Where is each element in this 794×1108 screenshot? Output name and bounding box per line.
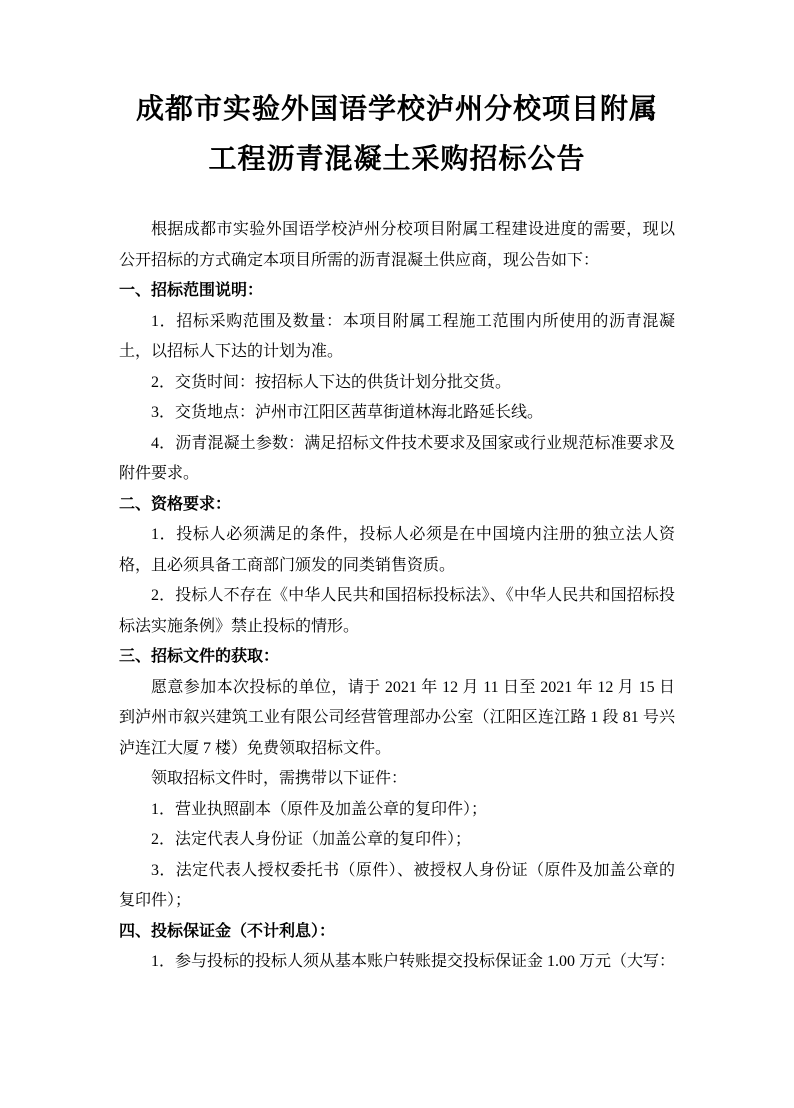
paragraph: 根据成都市实验外国语学校泸州分校项目附属工程建设进度的需要，现以公开招标的方式确… — [119, 215, 675, 276]
document-title-line2: 工程沥青混凝土采购招标公告 — [208, 144, 585, 175]
document-body: 根据成都市实验外国语学校泸州分校项目附属工程建设进度的需要，现以公开招标的方式确… — [119, 215, 675, 978]
paragraph: 4．沥青混凝土参数：满足招标文件技术要求及国家或行业规范标准要求及附件要求。 — [119, 429, 675, 490]
paragraph: 3．法定代表人授权委托书（原件）、被授权人身份证（原件及加盖公章的复印件）； — [119, 856, 675, 917]
paragraph: 2．法定代表人身份证（加盖公章的复印件）； — [119, 825, 675, 856]
paragraph: 1．投标人必须满足的条件，投标人必须是在中国境内注册的独立法人资格，且必须具备工… — [119, 520, 675, 581]
section-heading: 二、资格要求： — [119, 490, 675, 521]
document-title-line1: 成都市实验外国语学校泸州分校项目附属 — [136, 94, 658, 125]
paragraph: 2．交货时间：按招标人下达的供货计划分批交货。 — [119, 368, 675, 399]
document-title: 成都市实验外国语学校泸州分校项目附属 工程沥青混凝土采购招标公告 — [119, 85, 675, 185]
section-heading: 四、投标保证金（不计利息）： — [119, 917, 675, 948]
paragraph: 1．招标采购范围及数量：本项目附属工程施工范围内所使用的沥青混凝土，以招标人下达… — [119, 307, 675, 368]
paragraph: 领取招标文件时，需携带以下证件： — [119, 764, 675, 795]
paragraph: 1．参与投标的投标人须从基本账户转账提交投标保证金 1.00 万元（大写： — [119, 947, 675, 978]
section-heading: 一、招标范围说明： — [119, 276, 675, 307]
section-heading: 三、招标文件的获取： — [119, 642, 675, 673]
document-page: 成都市实验外国语学校泸州分校项目附属 工程沥青混凝土采购招标公告 根据成都市实验… — [0, 0, 794, 1108]
paragraph: 1．营业执照副本（原件及加盖公章的复印件）； — [119, 795, 675, 826]
paragraph: 3．交货地点：泸州市江阳区茜草街道林海北路延长线。 — [119, 398, 675, 429]
paragraph: 2．投标人不存在《中华人民共和国招标投标法》、《中华人民共和国招标投标法实施条例… — [119, 581, 675, 642]
paragraph: 愿意参加本次投标的单位，请于 2021 年 12 月 11 日至 2021 年 … — [119, 673, 675, 765]
